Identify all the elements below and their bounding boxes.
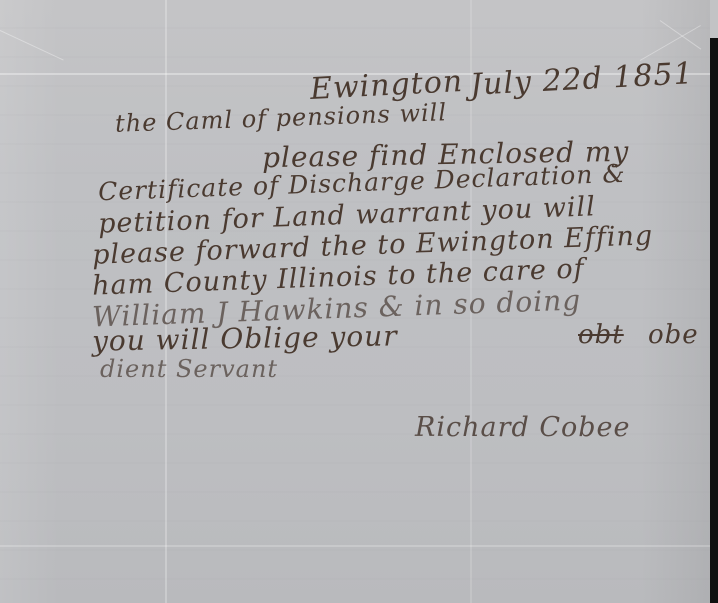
signature: Richard Cobee bbox=[415, 412, 631, 443]
scan-edge bbox=[710, 38, 718, 603]
letter-line: dient Servant bbox=[100, 355, 278, 383]
letter-line: you will Oblige your bbox=[92, 319, 398, 357]
letter-date: July 22d 1851 bbox=[469, 56, 694, 103]
letter-paper: Ewington July 22d 1851 the Caml of pensi… bbox=[0, 0, 712, 603]
struck-word: obt bbox=[578, 320, 624, 350]
letter-line: obe bbox=[648, 320, 699, 350]
paper-corner bbox=[710, 0, 718, 38]
paper-wrinkle bbox=[0, 30, 64, 60]
paper-crease bbox=[0, 545, 712, 547]
